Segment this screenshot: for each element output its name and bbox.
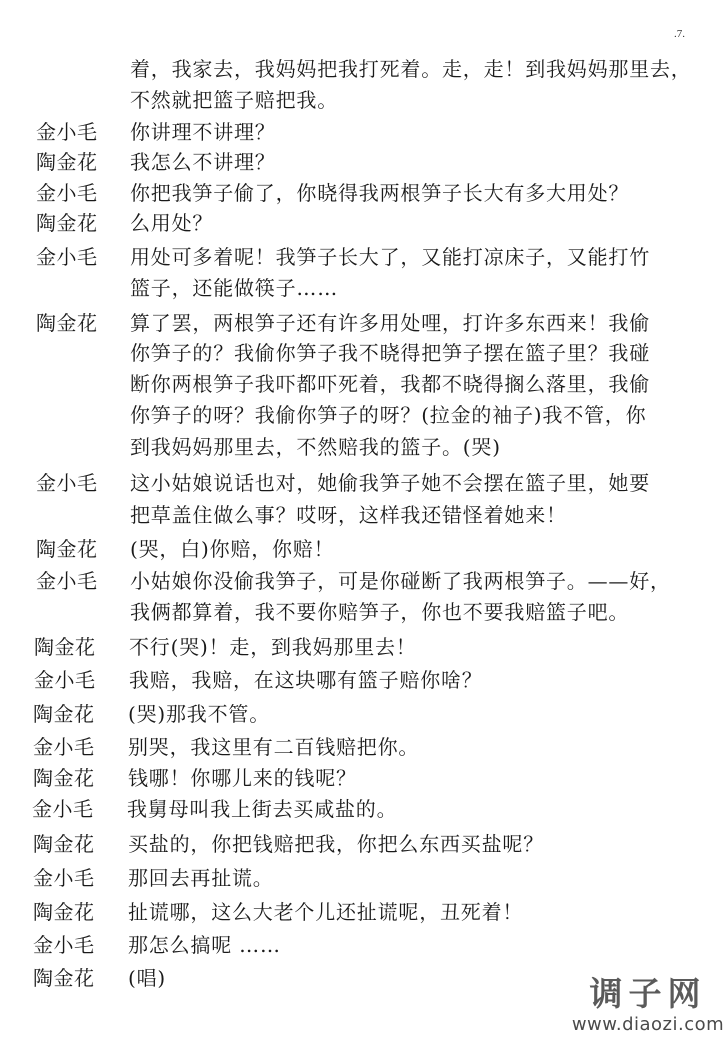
dialogue-text: 别哭，我这里有二百钱赔把你。 <box>128 732 419 762</box>
dialogue-line: 篮子，还能做筷子…… <box>0 273 728 303</box>
speaker-name: 陶金花 <box>33 963 95 993</box>
dialogue-line: 断你两根笋子我吓都吓死着，我都不晓得搁么落里，我偷 <box>0 369 728 399</box>
dialogue-line: 金小毛这小姑娘说话也对，她偷我笋子她不会摆在篮子里，她要 <box>0 468 728 498</box>
speaker-name: 陶金花 <box>36 534 98 564</box>
dialogue-line: 我俩都算着，我不要你赔笋子，你也不要我赔篮子吧。 <box>0 597 728 627</box>
speaker-name: 陶金花 <box>33 897 95 927</box>
speaker-name: 陶金花 <box>33 829 95 859</box>
dialogue-line: 金小毛小姑娘你没偷我笋子，可是你碰断了我两根笋子。——好， <box>0 566 728 596</box>
dialogue-text: 不然就把篮子赔把我。 <box>130 85 338 115</box>
dialogue-line: 陶金花买盐的，你把钱赔把我，你把么东西买盐呢？ <box>0 829 728 859</box>
speaker-name: 金小毛 <box>33 732 95 762</box>
dialogue-line: 金小毛那怎么搞呢 …… <box>0 930 728 960</box>
dialogue-text: 把草盖住做么事？哎呀，这样我还错怪着她来！ <box>130 500 567 530</box>
dialogue-line: 陶金花(哭，白)你赔，你赔！ <box>0 534 728 564</box>
dialogue-line: 金小毛那回去再扯谎。 <box>0 863 728 893</box>
speaker-name: 陶金花 <box>34 632 96 662</box>
dialogue-text: 我舅母叫我上街去买咸盐的。 <box>127 794 397 824</box>
dialogue-text: 我赔，我赔，在这块哪有篮子赔你啥？ <box>129 665 483 695</box>
speaker-name: 金小毛 <box>36 242 98 272</box>
dialogue-text: 么用处？ <box>130 208 213 238</box>
speaker-name: 金小毛 <box>34 665 96 695</box>
dialogue-line: 金小毛我赔，我赔，在这块哪有篮子赔你啥？ <box>0 665 728 695</box>
dialogue-line: 金小毛别哭，我这里有二百钱赔把你。 <box>0 732 728 762</box>
page-number: .7. <box>674 28 685 40</box>
dialogue-line: 到我妈妈那里去，不然赔我的篮子。(哭) <box>0 432 728 462</box>
dialogue-text: 篮子，还能做筷子…… <box>130 273 338 303</box>
watermark: 调子网 www.diaozi.com <box>568 975 728 1037</box>
watermark-title: 调子网 <box>568 975 728 1013</box>
dialogue-line: 把草盖住做么事？哎呀，这样我还错怪着她来！ <box>0 500 728 530</box>
dialogue-text: 你笋子的呀？我偷你笋子的呀？(拉金的袖子)我不管，你 <box>130 400 646 430</box>
dialogue-line: 陶金花算了罢，两根笋子还有许多用处哩，打许多东西来！我偷 <box>0 308 728 338</box>
dialogue-line: 金小毛用处可多着呢！我笋子长大了，又能打凉床子，又能打竹 <box>0 242 728 272</box>
dialogue-text: (哭，白)你赔，你赔！ <box>130 534 334 564</box>
dialogue-line: 你笋子的呀？我偷你笋子的呀？(拉金的袖子)我不管，你 <box>0 400 728 430</box>
dialogue-text: 这小姑娘说话也对，她偷我笋子她不会摆在篮子里，她要 <box>130 468 650 498</box>
dialogue-text: (哭)那我不管。 <box>128 699 270 729</box>
dialogue-text: 着，我家去，我妈妈把我打死着。走，走！到我妈妈那里去， <box>130 54 692 84</box>
dialogue-text: 钱哪！你哪儿来的钱呢？ <box>128 763 357 793</box>
dialogue-line: 金小毛你把我笋子偷了，你晓得我两根笋子长大有多大用处？ <box>0 178 728 208</box>
dialogue-line: 你笋子的？我偷你笋子我不晓得把笋子摆在篮子里？我碰 <box>0 338 728 368</box>
dialogue-text: 那怎么搞呢 …… <box>128 930 281 960</box>
dialogue-line: 金小毛你讲理不讲理？ <box>0 117 728 147</box>
speaker-name: 金小毛 <box>36 566 98 596</box>
dialogue-text: 算了罢，两根笋子还有许多用处哩，打许多东西来！我偷 <box>130 308 650 338</box>
dialogue-text: 你把我笋子偷了，你晓得我两根笋子长大有多大用处？ <box>130 178 629 208</box>
dialogue-line: 金小毛我舅母叫我上街去买咸盐的。 <box>0 794 728 824</box>
dialogue-line: 陶金花(哭)那我不管。 <box>0 699 728 729</box>
speaker-name: 陶金花 <box>33 763 95 793</box>
dialogue-text: (唱) <box>128 963 166 993</box>
dialogue-text: 我怎么不讲理？ <box>130 147 276 177</box>
dialogue-line: 陶金花我怎么不讲理？ <box>0 147 728 177</box>
dialogue-line: 陶金花扯谎哪，这么大老个儿还扯谎呢，丑死着！ <box>0 897 728 927</box>
dialogue-text: 用处可多着呢！我笋子长大了，又能打凉床子，又能打竹 <box>130 242 650 272</box>
dialogue-text: 不行(哭)！走，到我妈那里去！ <box>129 632 417 662</box>
dialogue-text: 那回去再扯谎。 <box>128 863 274 893</box>
speaker-name: 金小毛 <box>33 930 95 960</box>
speaker-name: 金小毛 <box>36 178 98 208</box>
speaker-name: 陶金花 <box>36 208 98 238</box>
speaker-name: 金小毛 <box>33 863 95 893</box>
dialogue-line: 陶金花钱哪！你哪儿来的钱呢？ <box>0 763 728 793</box>
dialogue-text: 买盐的，你把钱赔把我，你把么东西买盐呢？ <box>128 829 544 859</box>
speaker-name: 金小毛 <box>36 468 98 498</box>
speaker-name: 金小毛 <box>36 117 98 147</box>
dialogue-text: 断你两根笋子我吓都吓死着，我都不晓得搁么落里，我偷 <box>130 369 650 399</box>
dialogue-text: 到我妈妈那里去，不然赔我的篮子。(哭) <box>130 432 501 462</box>
speaker-name: 陶金花 <box>36 308 98 338</box>
dialogue-text: 你讲理不讲理？ <box>130 117 276 147</box>
speaker-name: 陶金花 <box>33 699 95 729</box>
dialogue-text: 我俩都算着，我不要你赔笋子，你也不要我赔篮子吧。 <box>130 597 629 627</box>
speaker-name: 金小毛 <box>32 794 94 824</box>
dialogue-line: 陶金花不行(哭)！走，到我妈那里去！ <box>0 632 728 662</box>
speaker-name: 陶金花 <box>36 147 98 177</box>
dialogue-text: 扯谎哪，这么大老个儿还扯谎呢，丑死着！ <box>128 897 523 927</box>
dialogue-text: 小姑娘你没偷我笋子，可是你碰断了我两根笋子。——好， <box>130 566 671 596</box>
dialogue-line: 不然就把篮子赔把我。 <box>0 85 728 115</box>
dialogue-text: 你笋子的？我偷你笋子我不晓得把笋子摆在篮子里？我碰 <box>130 338 650 368</box>
dialogue-line: 着，我家去，我妈妈把我打死着。走，走！到我妈妈那里去， <box>0 54 728 84</box>
dialogue-line: 陶金花么用处？ <box>0 208 728 238</box>
watermark-url: www.diaozi.com <box>568 1013 728 1037</box>
